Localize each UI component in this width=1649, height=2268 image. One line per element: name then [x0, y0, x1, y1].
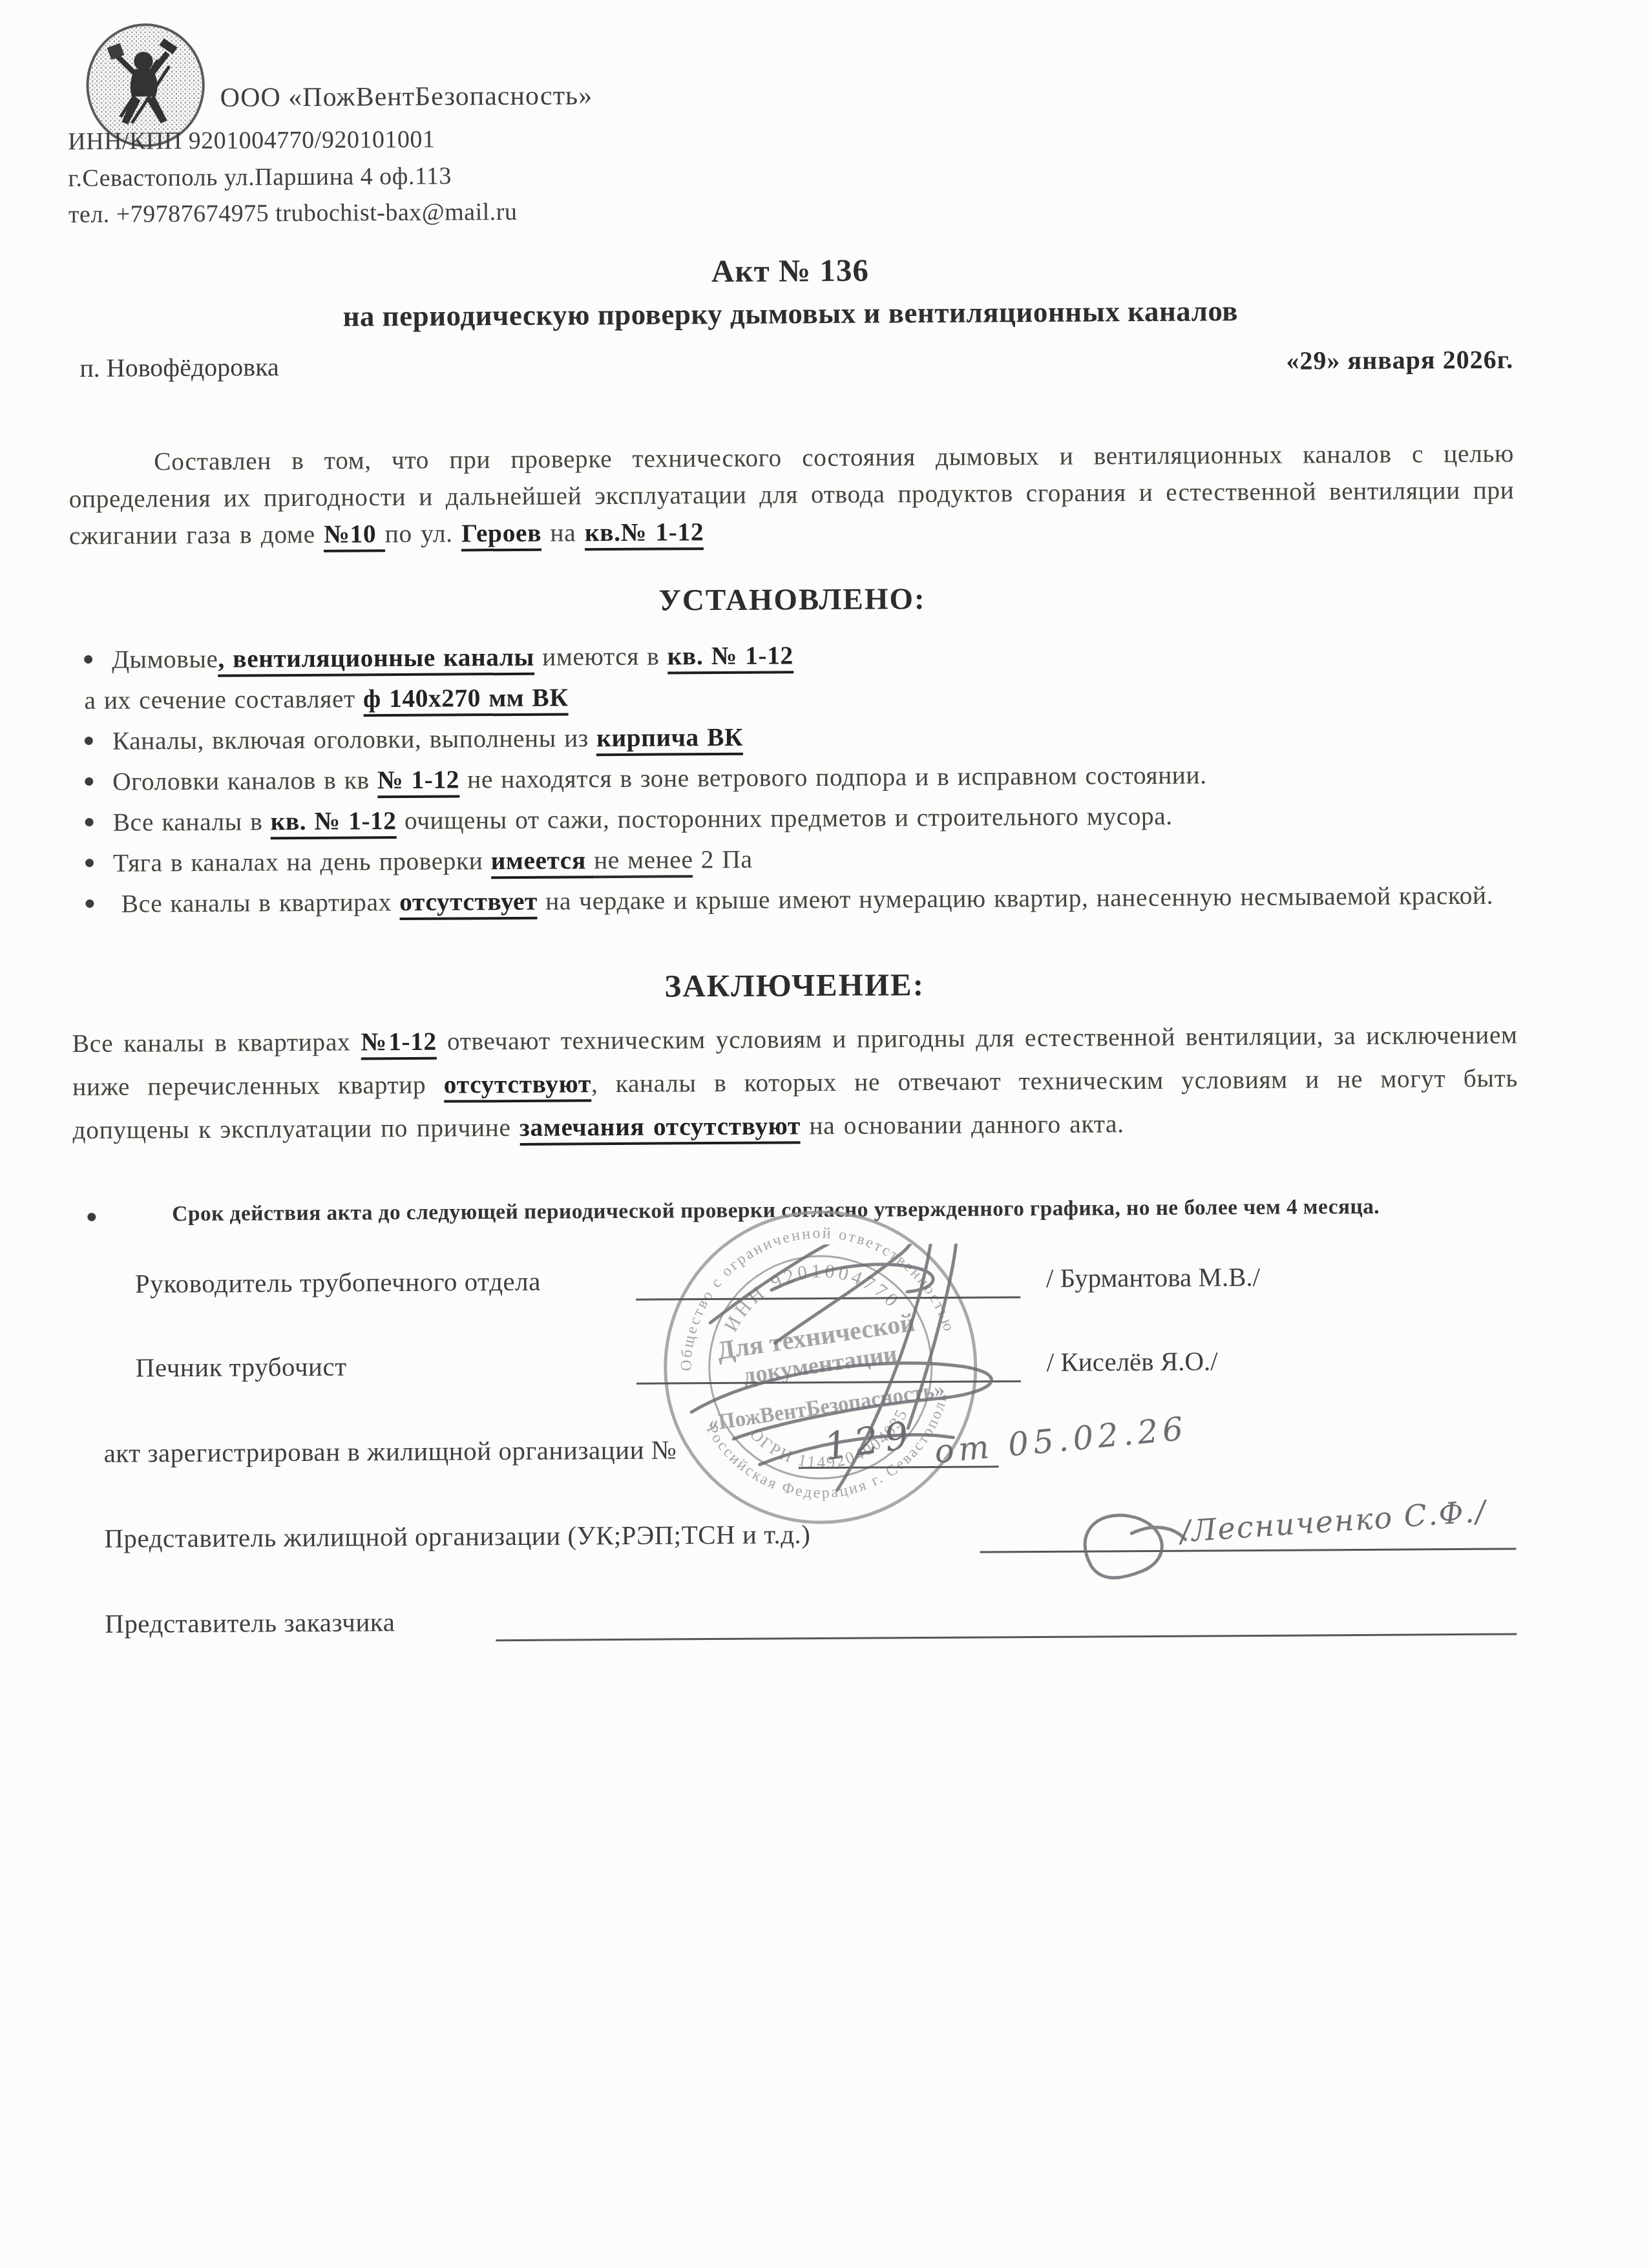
- text-segment: замечания отсутствуют: [520, 1111, 801, 1146]
- text-segment: имеются в: [534, 642, 667, 671]
- list-item-text: Все каналы в квартирах отсутствует на че…: [113, 881, 1493, 920]
- signature-line: [636, 1263, 1020, 1301]
- text-segment: №10: [324, 520, 385, 552]
- scanned-act-document: ООО «ПожВентБезопасность» ИНН/КПП 920100…: [0, 0, 1649, 2268]
- list-item-text: Дымовые, вентиляционные каналы имеются в…: [112, 641, 793, 677]
- letterhead: ООО «ПожВентБезопасность» ИНН/КПП 920100…: [66, 0, 1513, 237]
- text-segment: №1-12: [361, 1027, 437, 1060]
- text-segment: Все каналы в квартирах: [113, 888, 399, 918]
- list-item: Все каналы в квартирах отсутствует на че…: [71, 875, 1517, 925]
- signature-row: Руководитель трубопечного отдела / Бурма…: [74, 1259, 1519, 1314]
- signature-label: Печник трубочист: [136, 1351, 347, 1383]
- list-item-text: а их сечение составляет ф 140х270 мм ВК: [84, 683, 568, 715]
- text-segment: Все каналы в: [112, 807, 270, 836]
- list-item-text: Все каналы в кв. № 1-12 очищены от сажи,…: [112, 802, 1172, 840]
- text-segment: Тяга в каналах на день проверки: [113, 846, 491, 877]
- text-segment: Оголовки каналов в кв: [112, 766, 377, 796]
- section-heading-ustanovleno: УСТАНОВЛЕНО:: [69, 578, 1515, 622]
- act-title: Акт № 136: [67, 247, 1513, 293]
- list-item-text: Оголовки каналов в кв № 1-12 не находятс…: [112, 761, 1206, 798]
- list-item-text: Тяга в каналах на день проверки имеется …: [113, 845, 753, 879]
- bullet-icon: [85, 859, 94, 867]
- company-name: ООО «ПожВентБезопасность»: [220, 80, 593, 114]
- signature-section: Общество с ограниченной ответственностью…: [74, 1240, 1522, 1740]
- section-heading-zaklyuchenie: ЗАКЛЮЧЕНИЕ:: [72, 962, 1517, 1008]
- bullet-icon: [87, 1213, 96, 1221]
- text-segment: Составлен в том, что при проверке технич…: [68, 439, 1514, 550]
- text-segment: не находятся в зоне ветрового подпора и …: [459, 761, 1207, 793]
- date-label: «29» января 2026г.: [1286, 344, 1513, 375]
- signature-row: Печник трубочист / Киселёв Я.О./: [74, 1343, 1520, 1398]
- text-segment: Дымовые: [112, 645, 218, 674]
- bullet-icon: [85, 818, 94, 826]
- text-segment: , вентиляционные каналы: [218, 643, 534, 677]
- bullet-icon: [84, 655, 92, 664]
- text-segment: Все каналы в квартирах: [72, 1027, 361, 1058]
- findings-list: Дымовые, вентиляционные каналы имеются в…: [70, 631, 1517, 925]
- registration-label: акт зарегистрирован в жилищной организац…: [103, 1434, 677, 1468]
- housing-rep-label: Представитель жилищной организации (УК;Р…: [104, 1518, 810, 1554]
- text-segment: не менее: [594, 845, 693, 878]
- text-segment: на: [541, 518, 585, 547]
- list-item-text: Каналы, включая оголовки, выполнены из к…: [112, 723, 744, 756]
- company-address: г.Севастополь ул.Паршина 4 оф.113: [68, 162, 452, 193]
- bullet-icon: [85, 899, 94, 908]
- text-segment: кв. № 1-12: [271, 806, 397, 839]
- document-page: ООО «ПожВентБезопасность» ИНН/КПП 920100…: [0, 0, 1649, 2268]
- signature-name: / Бурмантова М.В./: [1046, 1261, 1260, 1294]
- text-segment: 2 Па: [693, 845, 752, 874]
- housing-rep-row: Представитель жилищной организации (УК;Р…: [75, 1514, 1520, 1568]
- place-date-row: п. Новофёдоровка «29» января 2026г.: [68, 344, 1513, 383]
- text-segment: а их сечение составляет: [84, 684, 363, 715]
- signature-line: [636, 1347, 1021, 1385]
- text-segment: имеется: [491, 846, 594, 879]
- company-inn-kpp: ИНН/КПП 9201004770/920101001: [68, 125, 435, 156]
- text-segment: Героев: [461, 519, 541, 552]
- text-segment: ф 140х270 мм ВК: [363, 683, 569, 717]
- text-segment: очищены от сажи, посторонних предметов и…: [396, 802, 1172, 835]
- text-segment: кв.№ 1-12: [585, 518, 704, 551]
- place-label: п. Новофёдоровка: [68, 352, 279, 383]
- text-segment: № 1-12: [377, 765, 459, 798]
- bullet-icon: [85, 777, 93, 786]
- signature-label: Руководитель трубопечного отдела: [135, 1266, 541, 1299]
- customer-rep-label: Представитель заказчика: [105, 1606, 395, 1639]
- text-segment: на чердаке и крыше имеют нумерацию кварт…: [538, 881, 1493, 916]
- conclusion-paragraph: Все каналы в квартирах №1-12 отвечают те…: [72, 1013, 1518, 1152]
- text-segment: на основании данного акта.: [801, 1109, 1124, 1140]
- signature-name: / Киселёв Я.О./: [1047, 1345, 1218, 1378]
- signature-line: [496, 1599, 1517, 1641]
- text-segment: по ул.: [385, 519, 462, 548]
- intro-paragraph: Составлен в том, что при проверке технич…: [68, 435, 1515, 554]
- registration-line: акт зарегистрирован в жилищной организац…: [74, 1429, 1520, 1483]
- text-segment: кирпича ВК: [596, 723, 743, 756]
- text-segment: Каналы, включая оголовки, выполнены из: [112, 724, 597, 755]
- text-segment: кв. № 1-12: [667, 641, 793, 674]
- text-segment: отсутствует: [399, 887, 538, 920]
- act-subtitle: на периодическую проверку дымовых и вент…: [68, 292, 1513, 335]
- customer-rep-row: Представитель заказчика: [76, 1599, 1521, 1654]
- text-segment: отсутствуют: [444, 1069, 591, 1102]
- bullet-icon: [85, 737, 93, 745]
- company-contact: тел. +79787674975 trubochist-bax@mail.ru: [68, 198, 518, 229]
